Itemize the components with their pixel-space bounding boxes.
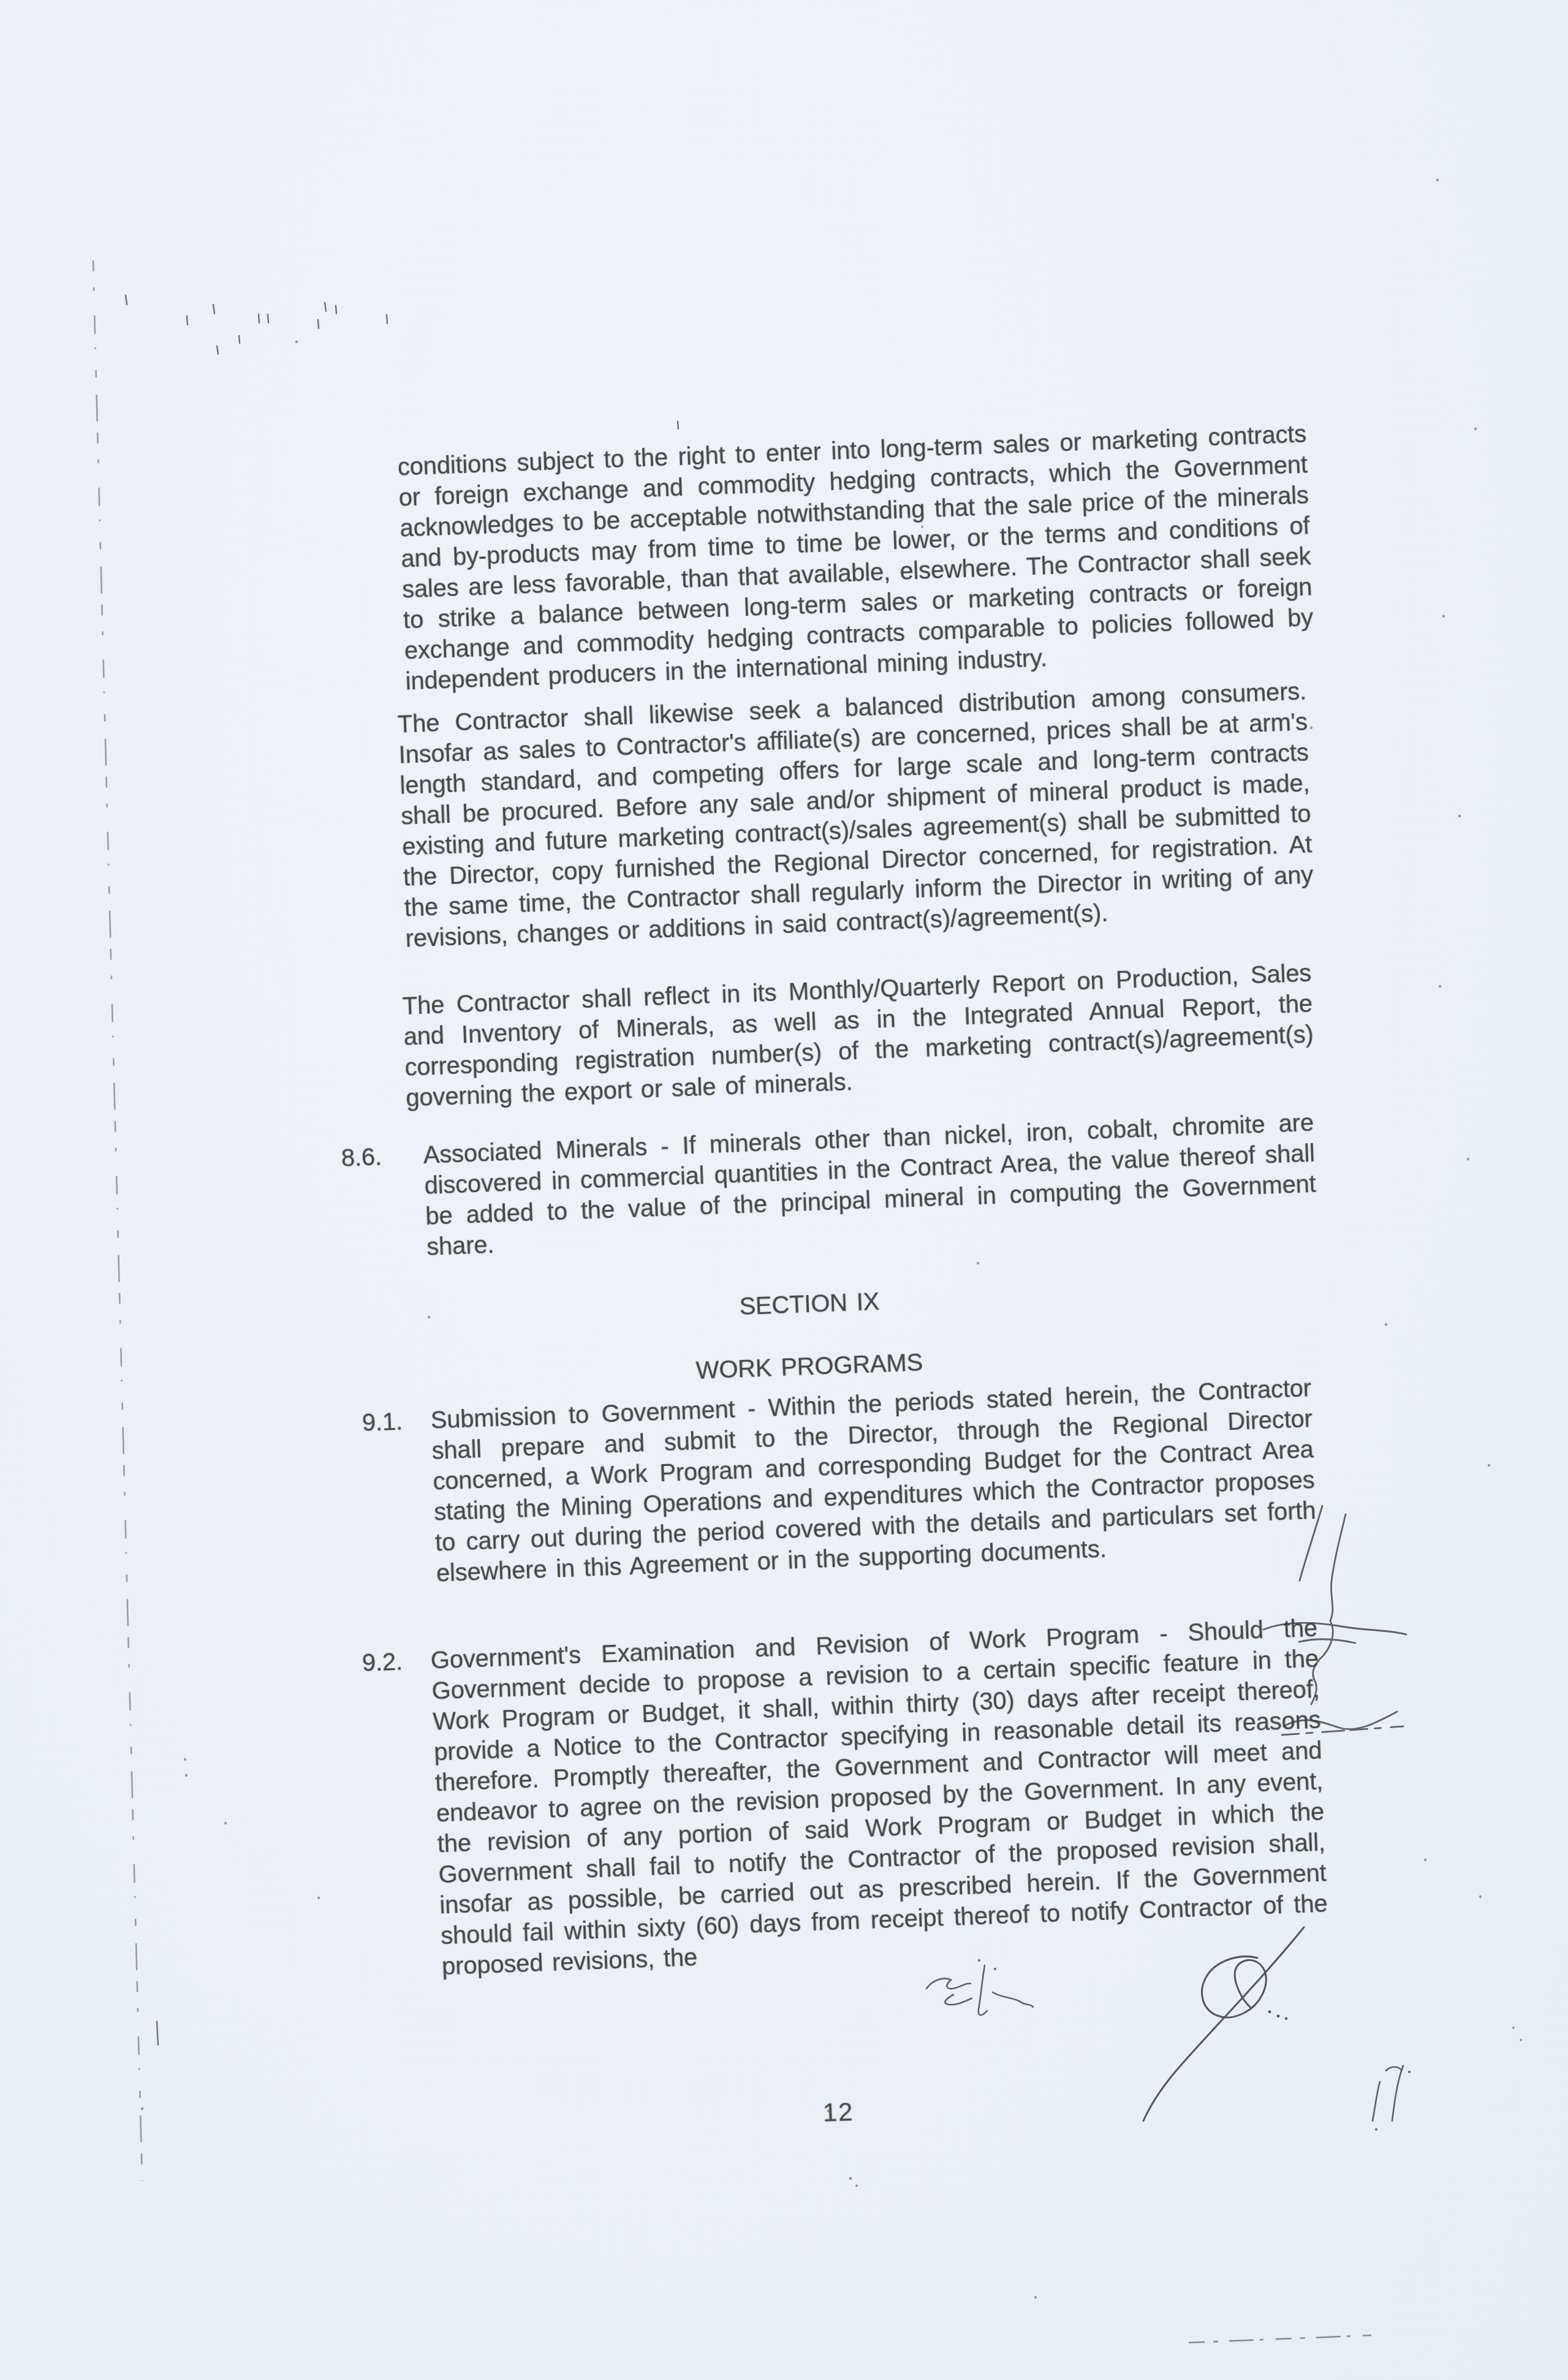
- paragraph: The Contractor shall reflect in its Mont…: [402, 958, 1315, 1114]
- clause-text: Submission to Government - Within the pe…: [430, 1373, 1317, 1589]
- clause-text: Government's Examination and Revision of…: [430, 1613, 1329, 1982]
- clause-number: 8.6.: [341, 1140, 427, 1266]
- clause-text: Associated Minerals - If minerals other …: [423, 1108, 1317, 1263]
- paragraph: The Contractor shall likewise seek a bal…: [397, 676, 1315, 954]
- dotted-artifact-line: [1189, 2335, 1371, 2343]
- corner-pen-mark: [1373, 2066, 1411, 2131]
- scanner-streak-line: [93, 260, 142, 2181]
- clause-number: 9.1.: [362, 1405, 437, 1592]
- clause-9-1: 9.1. Submission to Government - Within t…: [362, 1373, 1317, 1592]
- handwritten-initials: [926, 1959, 1033, 2015]
- clause-number: 9.2.: [362, 1645, 442, 1985]
- signature-initial: [1143, 1927, 1304, 2121]
- paragraph-continuation: conditions subject to the right to enter…: [397, 419, 1315, 697]
- clause-9-2: 9.2. Government's Examination and Revisi…: [362, 1613, 1329, 1985]
- scanned-contract-page: conditions subject to the right to enter…: [0, 0, 1568, 2380]
- page-number: 12: [822, 2095, 897, 2128]
- section-heading: SECTION IX: [362, 1272, 1257, 1335]
- clause-8-6: 8.6. Associated Minerals - If minerals o…: [341, 1108, 1317, 1266]
